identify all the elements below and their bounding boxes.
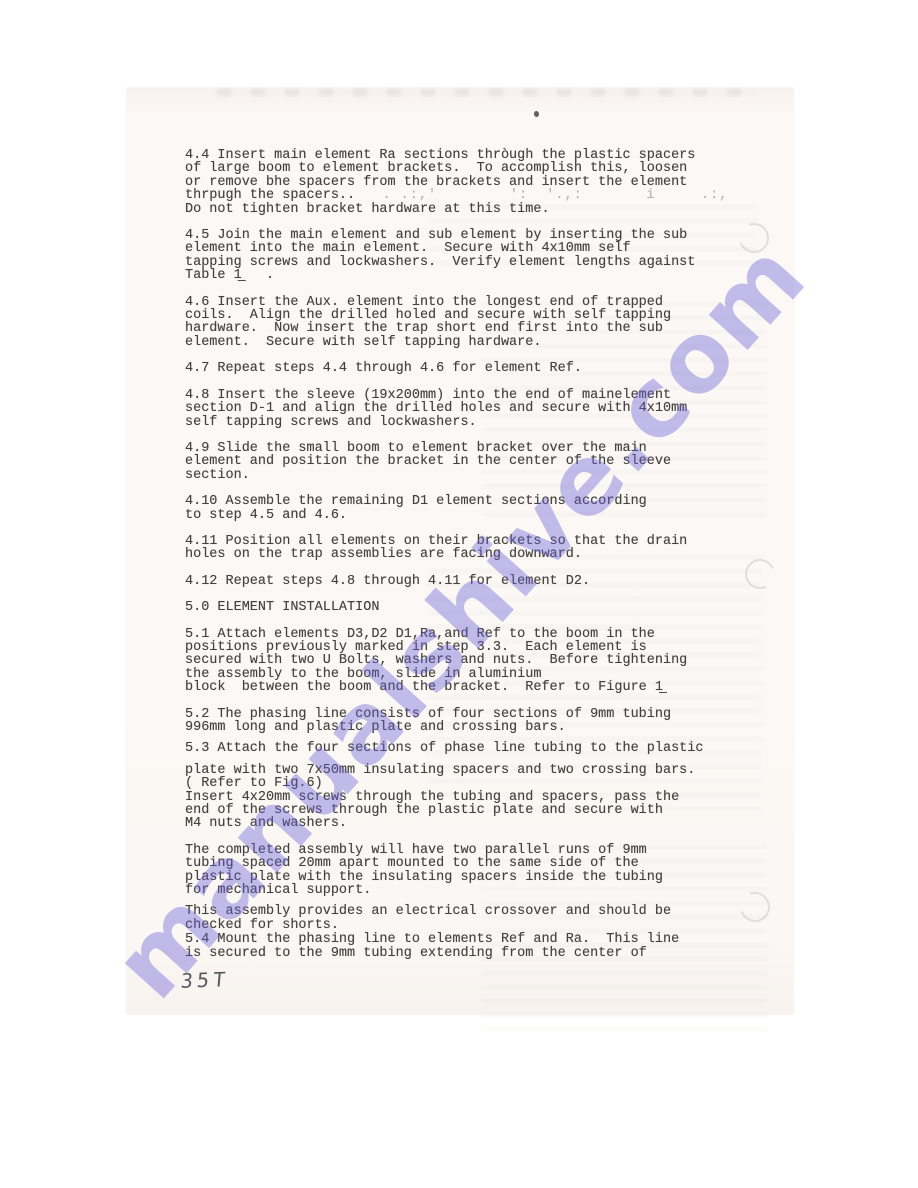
text-line: ( Refer to Fig.6)	[185, 777, 775, 790]
text-line: 4.7 Repeat steps 4.4 through 4.6 for ele…	[185, 362, 775, 375]
text-line: Do not tighten bracket hardware at this …	[185, 203, 775, 216]
text-line: 4.5 Join the main element and sub elemen…	[185, 229, 775, 242]
text-line: is secured to the 9mm tubing extending f…	[185, 947, 775, 960]
text-line: plate with two 7x50mm insulating spacers…	[185, 764, 775, 777]
text-line: self tapping screws and lockwashers.	[185, 416, 775, 429]
step-5-3-body: plate with two 7x50mm insulating spacers…	[185, 764, 775, 831]
text-line: block between the boom and the bracket. …	[185, 681, 775, 694]
step-4-4: 4.4 Insert main element Ra sections thrò…	[185, 149, 775, 216]
text-line: 996mm long and plastic plate and crossin…	[185, 721, 775, 734]
text-line: Table 1̲ .	[185, 269, 775, 282]
scanned-page: 4.4 Insert main element Ra sections thrò…	[127, 88, 793, 1014]
text-line: 5.0 ELEMENT INSTALLATION	[185, 601, 775, 614]
text-line: 4.9 Slide the small boom to element brac…	[185, 442, 775, 455]
text-line: 4.6 Insert the Aux. element into the lon…	[185, 296, 775, 309]
step-4-7: 4.7 Repeat steps 4.4 through 4.6 for ele…	[185, 362, 775, 375]
step-4-11: 4.11 Position all elements on their brac…	[185, 535, 775, 562]
text-line: holes on the trap assemblies are facing …	[185, 548, 775, 561]
text-line: for mechanical support.	[185, 884, 775, 897]
text-line: checked for shorts.	[185, 919, 775, 932]
text-line: section D-1 and align the drilled holes …	[185, 402, 775, 415]
text-line: 4.10 Assemble the remaining D1 element s…	[185, 495, 775, 508]
step-4-10: 4.10 Assemble the remaining D1 element s…	[185, 495, 775, 522]
step-5-2: 5.2 The phasing line consists of four se…	[185, 708, 775, 735]
text-line: to step 4.5 and 4.6.	[185, 509, 775, 522]
text-line: plastic plate with the insulating spacer…	[185, 871, 775, 884]
text-line: 4.4 Insert main element Ra sections thrò…	[185, 149, 775, 162]
step-5-1: 5.1 Attach elements D3,D2 D1,Ra,and Ref …	[185, 628, 775, 695]
text-line: element into the main element. Secure wi…	[185, 242, 775, 255]
text-line: 5.4 Mount the phasing line to elements R…	[185, 933, 775, 946]
text-line: secured with two U Bolts, washers and nu…	[185, 654, 775, 667]
text-line: of large boom to element brackets. To ac…	[185, 162, 775, 175]
text-line: 5.2 The phasing line consists of four se…	[185, 708, 775, 721]
text-line: 4.12 Repeat steps 4.8 through 4.11 for e…	[185, 575, 775, 588]
text-line: end of the screws through the plastic pl…	[185, 804, 775, 817]
step-5-4: 5.4 Mount the phasing line to elements R…	[185, 933, 775, 960]
step-4-5: 4.5 Join the main element and sub elemen…	[185, 229, 775, 283]
step-4-9: 4.9 Slide the small boom to element brac…	[185, 442, 775, 482]
scan-artifact-top-edge	[217, 89, 757, 96]
text-line: hardware. Now insert the trap short end …	[185, 322, 775, 335]
step-5-3-warning: This assembly provides an electrical cro…	[185, 905, 775, 932]
text-line: thrpugh the spacers.. . .:,' ': '.,: i .…	[185, 189, 775, 202]
scan-canvas: 4.4 Insert main element Ra sections thrò…	[0, 0, 918, 1188]
text-line: element and position the bracket in the …	[185, 455, 775, 468]
text-line: coils. Align the drilled holed and secur…	[185, 309, 775, 322]
text-line: the assembly to the boom, slide in alumi…	[185, 668, 775, 681]
text-line: section.	[185, 469, 775, 482]
text-line: 4.8 Insert the sleeve (19x200mm) into th…	[185, 389, 775, 402]
step-5-3-intro: 5.3 Attach the four sections of phase li…	[185, 742, 775, 755]
text-line: This assembly provides an electrical cro…	[185, 905, 775, 918]
step-4-6: 4.6 Insert the Aux. element into the lon…	[185, 296, 775, 350]
text-line: element. Secure with self tapping hardwa…	[185, 336, 775, 349]
text-line: M4 nuts and washers.	[185, 817, 775, 830]
ink-speck	[534, 111, 539, 117]
handwritten-page-number: 35T	[180, 967, 230, 993]
text-line: The completed assembly will have two par…	[185, 844, 775, 857]
step-4-12: 4.12 Repeat steps 4.8 through 4.11 for e…	[185, 575, 775, 588]
text-line: tapping screws and lockwashers. Verify e…	[185, 256, 775, 269]
document-text: 4.4 Insert main element Ra sections thrò…	[185, 149, 775, 973]
text-line: 4.11 Position all elements on their brac…	[185, 535, 775, 548]
section-5-0: 5.0 ELEMENT INSTALLATION	[185, 601, 775, 614]
text-line: positions previously marked in step 3.3.…	[185, 641, 775, 654]
text-line: 5.1 Attach elements D3,D2 D1,Ra,and Ref …	[185, 628, 775, 641]
text-line: Insert 4x20mm screws through the tubing …	[185, 791, 775, 804]
faded-typewriter-marks: . .:,' ': '.,: i .:,	[355, 188, 728, 203]
step-5-3-note: The completed assembly will have two par…	[185, 844, 775, 898]
text-line: 5.3 Attach the four sections of phase li…	[185, 742, 775, 755]
step-4-8: 4.8 Insert the sleeve (19x200mm) into th…	[185, 389, 775, 429]
text-line: tubing spaced 20mm apart mounted to the …	[185, 857, 775, 870]
